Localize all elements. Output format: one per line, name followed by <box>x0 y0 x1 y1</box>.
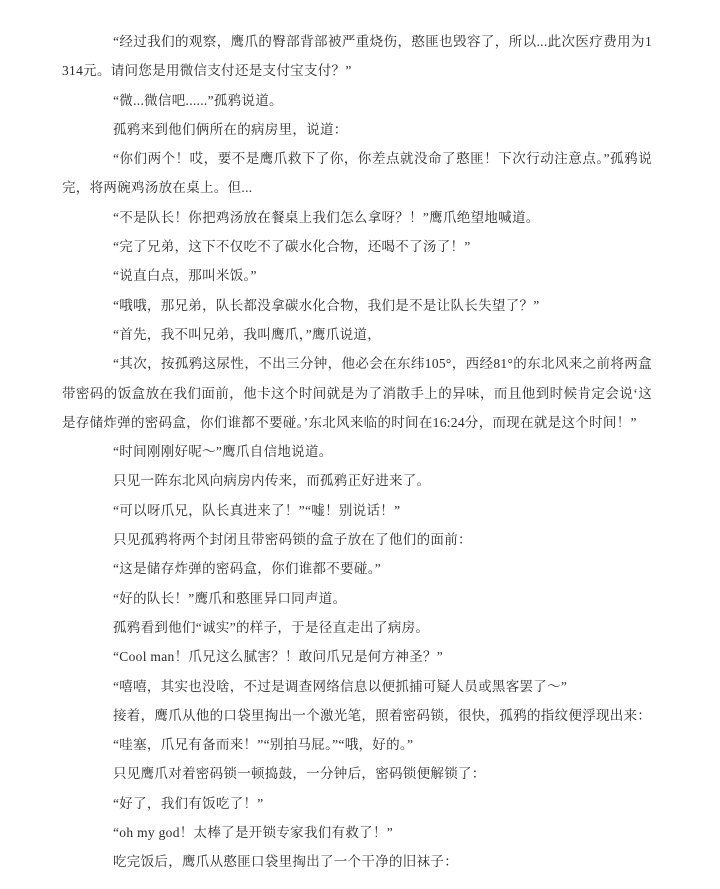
paragraph: “经过我们的观察，鹰爪的臀部背部被严重烧伤，憨匪也毁容了，所以...此次医疗费用… <box>62 27 652 86</box>
paragraph: 只见鹰爪对着密码锁一顿捣鼓，一分钟后，密码锁便解锁了： <box>62 759 652 788</box>
paragraph: “完了兄弟，这下不仅吃不了碳水化合物，还喝不了汤了！” <box>62 232 652 261</box>
paragraph: “嘻嘻，其实也没啥，不过是调查网络信息以便抓捕可疑人员或黑客罢了～” <box>62 672 652 701</box>
paragraph: “Cool man！爪兄这么腻害？！敢问爪兄是何方神圣？” <box>62 642 652 671</box>
paragraph: 孤鸦看到他们“诚实”的样子，于是径直走出了病房。 <box>62 613 652 642</box>
paragraph: 只见孤鸦将两个封闭且带密码锁的盒子放在了他们的面前： <box>62 525 652 554</box>
paragraph: “不是队长！你把鸡汤放在餐桌上我们怎么拿呀？！”鹰爪绝望地喊道。 <box>62 203 652 232</box>
novel-text-column: “经过我们的观察，鹰爪的臀部背部被严重烧伤，憨匪也毁容了，所以...此次医疗费用… <box>0 0 720 889</box>
paragraph: “你们两个！哎，要不是鹰爪救下了你，你差点就没命了憨匪！下次行动注意点。”孤鸦说… <box>62 144 652 203</box>
paragraph: “这是储存炸弹的密码盒，你们谁都不要碰。” <box>62 554 652 583</box>
paragraph: “其次，按孤鸦这尿性，不出三分钟，他必会在东纬105°，西经81°的东北风来之前… <box>62 349 652 437</box>
paragraph: “首先，我不叫兄弟，我叫鹰爪，”鹰爪说道， <box>62 320 652 349</box>
paragraph: “oh my god！太棒了是开锁专家我们有救了！” <box>62 818 652 847</box>
paragraph: 接着，鹰爪从他的口袋里掏出一个激光笔，照着密码锁，很快，孤鸦的指纹便浮现出来： <box>62 701 652 730</box>
paragraph: “哦哦，那兄弟，队长都没拿碳水化合物，我们是不是让队长失望了？” <box>62 291 652 320</box>
paragraph: “好的队长！”鹰爪和憨匪异口同声道。 <box>62 584 652 613</box>
paragraph: “可以呀爪兄，队长真进来了！”“嘘！别说话！” <box>62 496 652 525</box>
paragraph: “好了，我们有饭吃了！” <box>62 789 652 818</box>
paragraph: “哇塞，爪兄有备而来！”“别拍马屁。”“哦，好的。” <box>62 730 652 759</box>
paragraph: “说直白点，那叫米饭。” <box>62 261 652 290</box>
paragraph: 吃完饭后，鹰爪从憨匪口袋里掏出了一个干净的旧袜子： <box>62 847 652 876</box>
paragraph: 只见一阵东北风向病房内传来，而孤鸦正好进来了。 <box>62 466 652 495</box>
paragraph: 孤鸦来到他们俩所在的病房里，说道： <box>62 115 652 144</box>
paragraph: “时间刚刚好呢～”鹰爪自信地说道。 <box>62 437 652 466</box>
paragraph: “微...微信吧......”孤鸦说道。 <box>62 86 652 115</box>
novel-reader-page: “经过我们的观察，鹰爪的臀部背部被严重烧伤，憨匪也毁容了，所以...此次医疗费用… <box>0 0 720 889</box>
